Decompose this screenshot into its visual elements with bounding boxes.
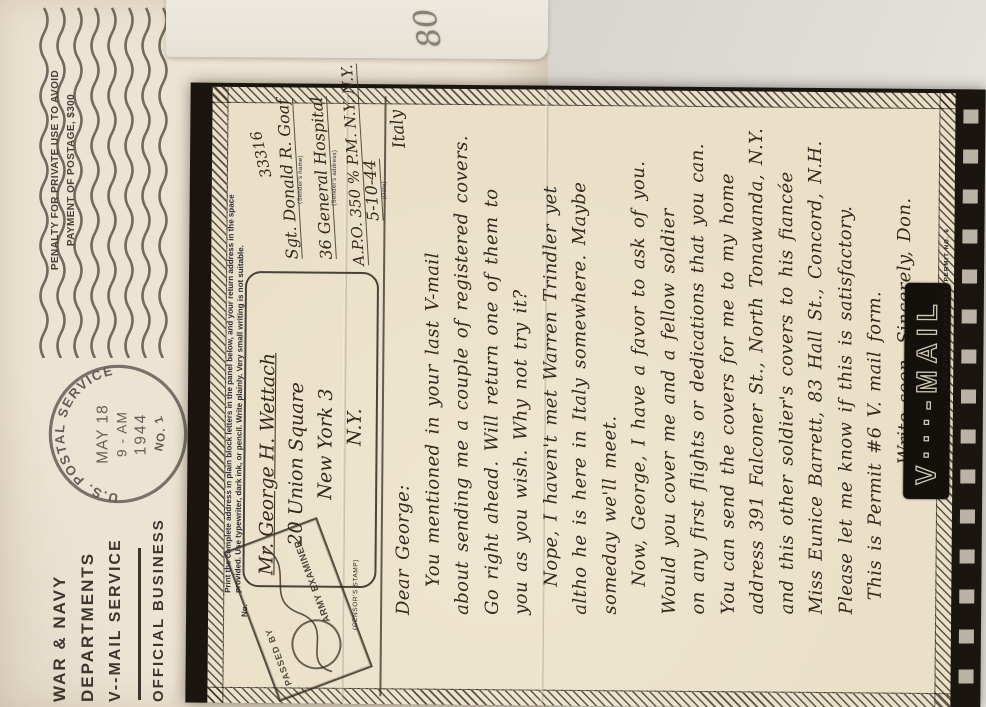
- pencil-annotation: 80: [407, 5, 449, 50]
- vmail-form: Print the complete address in plain bloc…: [207, 87, 955, 707]
- body-line: Would you cover me and a fellow soldier: [653, 95, 683, 615]
- body-line: Please let me know if this is satisfacto…: [830, 94, 860, 614]
- postmark-ring-bottom-text: NO. 1: [152, 413, 168, 452]
- scanned-vmail-document: { "colors": { "scan_background": "#d6d2c…: [0, 0, 986, 707]
- svg-text:NO. 1: NO. 1: [152, 413, 168, 452]
- body-line: Dear George:: [388, 95, 418, 615]
- body-line: on any first flights or dedications that…: [683, 94, 713, 614]
- penalty-line: PAYMENT OF POSTAGE, $300: [64, 42, 80, 298]
- penalty-notice: PENALTY FOR PRIVATE USE TO AVOID PAYMENT…: [48, 42, 80, 298]
- recipient-city: New York 3: [310, 274, 342, 586]
- postmark-year: 1944: [132, 413, 149, 456]
- recipient-name: Mr. George H. Wettach: [244, 273, 284, 585]
- penalty-line: PENALTY FOR PRIVATE USE TO AVOID: [48, 42, 64, 298]
- body-line: Nope, I haven't met Warren Trindler yet: [535, 95, 565, 615]
- body-line: Go right ahead. Will return one of them …: [476, 95, 506, 615]
- body-line: Now, George, I have a favor to ask of yo…: [624, 95, 654, 615]
- body-line: about sending me a couple of registered …: [447, 95, 477, 615]
- body-line: altho he is here in Italy somewhere. May…: [565, 95, 595, 615]
- postmark-time: 9 - AM: [114, 411, 129, 457]
- body-line: you as you wish. Why not try it?: [506, 95, 536, 615]
- return-divider-rule: [138, 548, 141, 700]
- recipient-street: 20 Union Square: [281, 273, 313, 585]
- body-line: someday we'll meet.: [594, 95, 624, 615]
- postmark-stamp: U.S. POSTAL SERVICE NO. 1 MAY 18 9 - AM …: [44, 360, 192, 508]
- body-line: address 391 Falconer St., North Tonawand…: [742, 94, 772, 614]
- letter-body: Dear George: You mentioned in your last …: [388, 94, 920, 615]
- body-line: Miss Eunice Barrett, 83 Hall St., Concor…: [801, 94, 831, 614]
- vmail-letter: Print the complete address in plain bloc…: [185, 83, 985, 707]
- vmail-logo-text: V···-MAIL: [910, 297, 944, 485]
- body-line: This is Permit #6 V. mail form.: [860, 94, 890, 614]
- postmark-date: MAY 18: [94, 404, 111, 463]
- paper-tag: [166, 0, 548, 59]
- recipient-state: N.Y.: [339, 274, 371, 586]
- photostat-edge-marks: [958, 89, 978, 707]
- vmail-photostat: Print the complete address in plain bloc…: [185, 83, 985, 707]
- body-line: You can send the covers for me to my hom…: [712, 94, 742, 614]
- date-field: 5-10-44: [360, 159, 384, 222]
- censor-scribble: 33316: [247, 129, 276, 180]
- body-line: You mentioned in your last V-mail: [417, 95, 447, 615]
- body-line: and this other soldier's covers to his f…: [771, 94, 801, 614]
- address-panel: Mr. George H. Wettach 20 Union Square Ne…: [242, 271, 379, 588]
